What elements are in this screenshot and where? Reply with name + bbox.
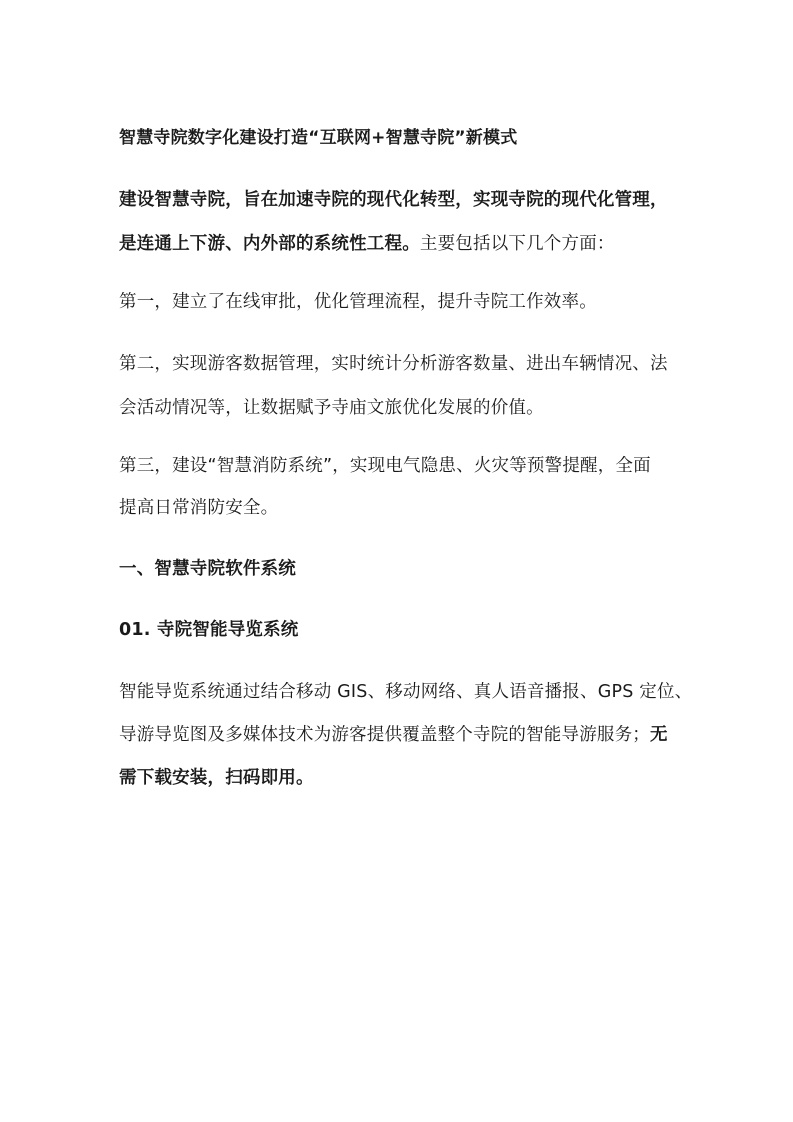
- guide-line-2: 导游导览图及多媒体技术为游客提供覆盖整个寺院的智能导游服务；无: [119, 723, 668, 747]
- intro-line-1: 建设智慧寺院，旨在加速寺院的现代化转型，实现寺院的现代化管理，: [119, 188, 668, 212]
- intro-line-2: 是连通上下游、内外部的系统性工程。主要包括以下几个方面：: [119, 232, 615, 256]
- guide-normal-text: 导游导览图及多媒体技术为游客提供覆盖整个寺院的智能导游服务；: [119, 725, 650, 745]
- point-2-line-1: 第二，实现游客数据管理，实时统计分析游客数量、进出车辆情况、法: [119, 352, 668, 376]
- intro-bold-text: 是连通上下游、内外部的系统性工程。: [119, 234, 420, 254]
- section-heading: 一、智慧寺院软件系统: [119, 557, 296, 581]
- guide-bold-text: 无: [650, 725, 668, 745]
- guide-line-1: 智能导览系统通过结合移动 GIS、移动网络、真人语音播报、GPS 定位、: [119, 680, 692, 704]
- point-3-line-1: 第三，建设“智慧消防系统”，实现电气隐患、火灾等预警提醒，全面: [119, 454, 651, 478]
- intro-normal-text: 主要包括以下几个方面：: [420, 234, 615, 254]
- subsection-heading: 01. 寺院智能导览系统: [119, 618, 299, 642]
- point-3-line-2: 提高日常消防安全。: [119, 496, 278, 520]
- point-2-line-2: 会活动情况等，让数据赋予寺庙文旅优化发展的价值。: [119, 396, 544, 420]
- document-title: 智慧寺院数字化建设打造“互联网+智慧寺院”新模式: [119, 126, 517, 150]
- point-1-line-1: 第一，建立了在线审批，优化管理流程，提升寺院工作效率。: [119, 290, 597, 314]
- guide-line-3: 需下载安装，扫码即用。: [119, 766, 314, 790]
